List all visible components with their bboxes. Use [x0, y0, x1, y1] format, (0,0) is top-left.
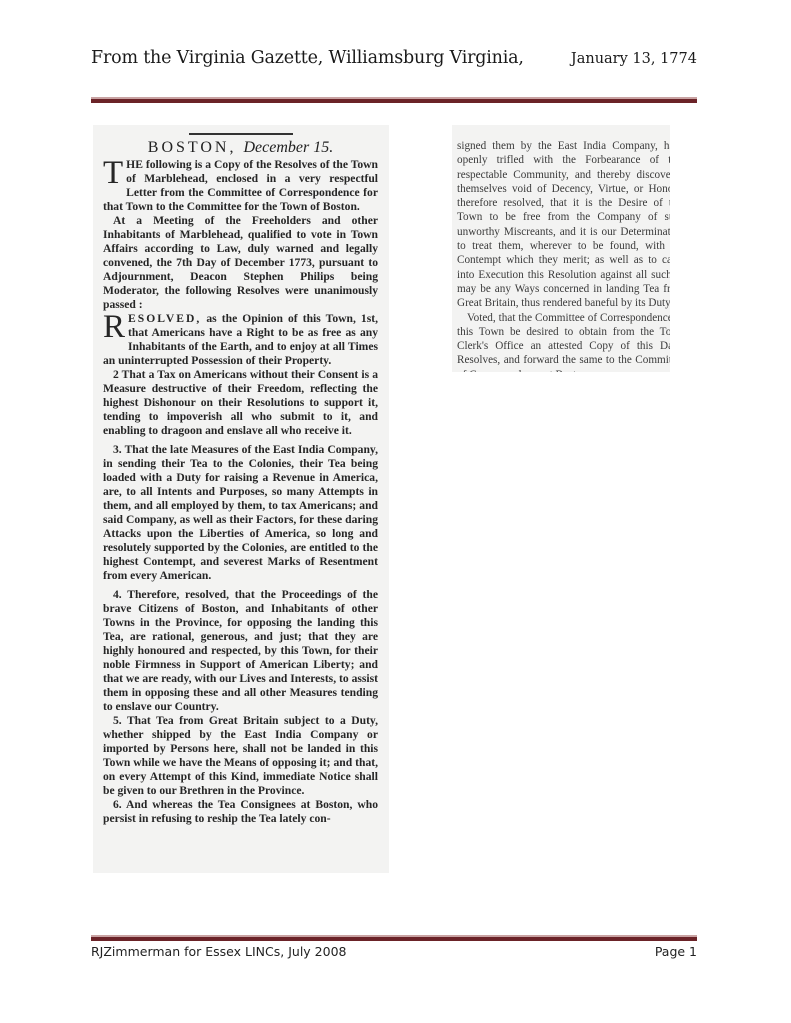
drop-cap-t: T	[103, 159, 123, 187]
newspaper-clipping-right: signed them by the East India Company, h…	[452, 125, 670, 372]
footer-credit: RJZimmerman for Essex LINCs, July 2008	[91, 944, 346, 959]
meeting-paragraph: At a Meeting of the Freeholders and othe…	[103, 214, 378, 312]
header-divider	[91, 97, 697, 103]
resolve-2-paragraph: 2 That a Tax on Americans without their …	[103, 368, 378, 438]
voted-paragraph: Voted, that the Committee of Corresponde…	[457, 311, 670, 372]
intro-paragraph: THE following is a Copy of the Resolves …	[103, 158, 378, 214]
newspaper-clipping-left: BOSTON, December 15. THE following is a …	[93, 125, 389, 873]
document-title: From the Virginia Gazette, Williamsburg …	[91, 48, 524, 68]
page-header: From the Virginia Gazette, Williamsburg …	[91, 48, 697, 78]
page-number: Page 1	[655, 944, 697, 959]
resolve-1-paragraph: RESOLVED, as the Opinion of this Town, 1…	[103, 312, 378, 368]
resolve-4-paragraph: 4. Therefore, resolved, that the Proceed…	[103, 588, 378, 714]
dateline-date: December 15.	[243, 139, 333, 156]
dateline-city: BOSTON,	[148, 139, 237, 156]
dateline: BOSTON, December 15.	[103, 139, 378, 157]
resolve-3-paragraph: 3. That the late Measures of the East In…	[103, 443, 378, 583]
clipping-top-rule	[189, 133, 293, 135]
resolve-6-paragraph: 6. And whereas the Tea Consignees at Bos…	[103, 798, 378, 826]
resolve-5-paragraph: 5. That Tea from Great Britain subject t…	[103, 714, 378, 798]
resolved-caps: ESOLVED,	[128, 312, 201, 325]
footer-divider	[91, 935, 697, 941]
page-footer: RJZimmerman for Essex LINCs, July 2008 P…	[91, 944, 697, 964]
drop-cap-r: R	[103, 313, 125, 341]
continuation-paragraph: signed them by the East India Company, h…	[457, 139, 670, 311]
footer-divider-thick	[91, 937, 697, 941]
header-divider-thick	[91, 99, 697, 103]
intro-text: HE following is a Copy of the Resolves o…	[103, 158, 378, 213]
document-date: January 13, 1774	[571, 51, 697, 67]
